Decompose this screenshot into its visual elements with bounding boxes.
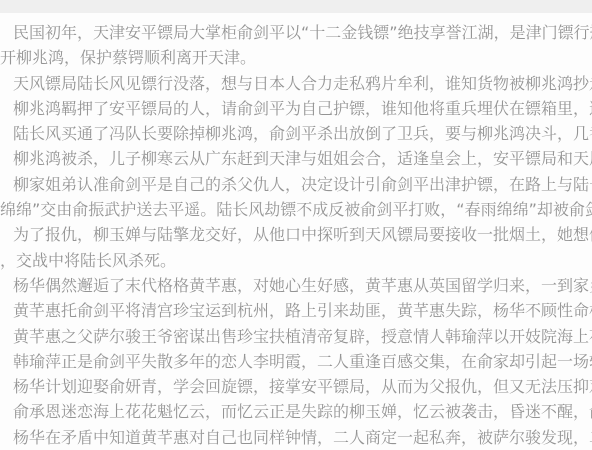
text-line: 天风镖局陆长风见镖行没落，想与日本人合力走私鸦片牟利，谁知货物被柳兆鸿抄走 — [0, 71, 592, 96]
text-line: 柳家姐弟认准俞剑平是自己的杀父仇人，决定设计引俞剑平出津护镖，在路上与陆长 — [0, 172, 592, 197]
text-line: 绵绵”交由俞振武护送去平遥。陆长风劫镖不成反被俞剑平打败，“春雨绵绵”却被俞剑 — [0, 197, 592, 222]
text-line: 俞承恩迷恋海上花花魁忆云，而忆云正是失踪的柳玉婵，忆云被袭击，昏迷不醒，俞 — [0, 399, 592, 424]
text-line: 黄芊惠托俞剑平将清宫珍宝运到杭州，路上引来劫匪，黄芊惠失踪，杨华不顾性命相 — [0, 298, 592, 323]
text-line: 杨华偶然邂逅了末代格格黄芊惠，对她心生好感，黄芊惠从英国留学归来，一到家乡 — [0, 273, 592, 298]
text-line: ，交战中将陆长风杀死。 — [0, 248, 592, 273]
text-line: 为了报仇，柳玉婵与陆擎龙交好，从他口中探听到天风镖局要接收一批烟土，她想借 — [0, 222, 592, 247]
text-line: 杨华计划迎娶俞妍青，学会回旋镖，接掌安平镖局，从而为父报仇，但又无法压抑对 — [0, 374, 592, 399]
text-line: 韩瑜萍正是俞剑平失散多年的恋人李明霞，二人重逢百感交集，在俞家却引起一场轩 — [0, 349, 592, 374]
top-divider-bar — [0, 0, 592, 13]
text-line: 陆长风买通了冯队长要除掉柳兆鸿，俞剑平杀出放倒了卫兵，要与柳兆鸿决斗，几番 — [0, 121, 592, 146]
text-line: 杨华在矛盾中知道黄芊惠对自己也同样钟情，二人商定一起私奔，被萨尔骏发现，二 — [0, 425, 592, 450]
text-line: 黄芊惠之父萨尔骏王爷密谋出售珍宝扶植清帝复辟，授意情人韩瑜萍以开妓院海上花 — [0, 324, 592, 349]
synopsis-text-block: 民国初年，天津安平镖局大掌柜俞剑平以“十二金钱镖”绝技享誉江湖，是津门镖行翘开柳… — [0, 13, 592, 450]
text-line: 民国初年，天津安平镖局大掌柜俞剑平以“十二金钱镖”绝技享誉江湖，是津门镖行翘 — [0, 20, 592, 45]
text-line: 柳兆鸿被杀，儿子柳寒云从广东赶到天津与姐姐会合，适逢皇会上，安平镖局和天风 — [0, 146, 592, 171]
text-line: 开柳兆鸿，保护蔡锷顺利离开天津。 — [0, 45, 592, 70]
text-line: 柳兆鸿羁押了安平镖局的人，请俞剑平为自己护镖，谁知他将重兵埋伏在镖箱里，途 — [0, 96, 592, 121]
